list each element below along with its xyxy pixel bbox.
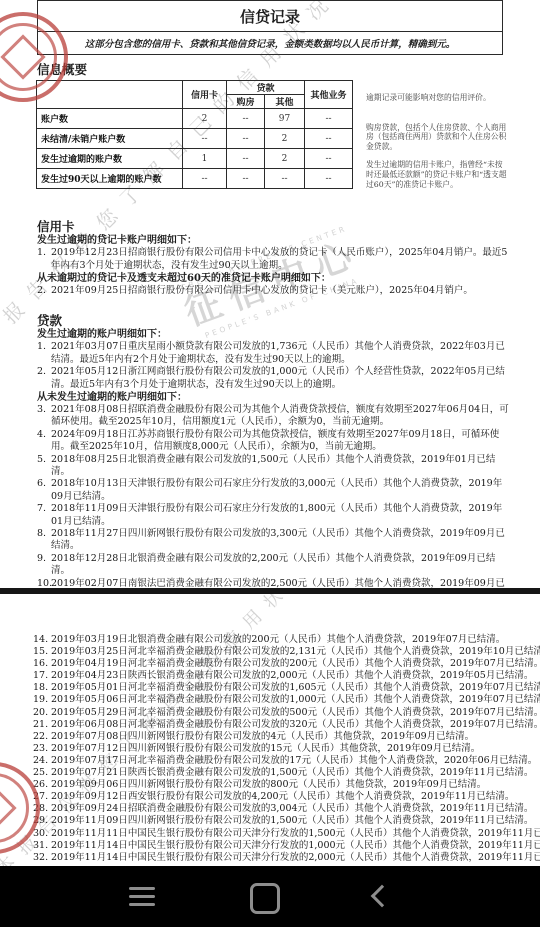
item-text: 2018年11月09日天津银行股份有限公司石家庄分行发放的1,800元（人民币）… xyxy=(51,503,510,528)
summary-cell: -- xyxy=(265,169,305,189)
item-number: 5. xyxy=(37,454,51,479)
summary-table-row: 账户数 2 -- 97 -- xyxy=(37,109,353,129)
summary-cell: -- xyxy=(305,149,353,169)
item-text: 2018年12月28日北银消费金融有限公司发放的2,200元（人民币）其他个人消… xyxy=(51,553,510,578)
item-number: 29. xyxy=(33,815,51,827)
item-text: 2019年11月09日四川新网银行股份有限公司发放的1,500元（人民币）其他个… xyxy=(51,815,540,827)
item-text: 2019年03月19日北银消费金融有限公司发放的200元（人民币）其他个人消费贷… xyxy=(51,634,540,646)
item-number: 30. xyxy=(33,828,51,840)
item-text: 2019年11月14日中国民生银行股份有限公司天津分行发放的1,000元（人民币… xyxy=(51,840,540,852)
summary-cell: -- xyxy=(305,169,353,189)
report-page-2: 本报告仅供您了解自己的信用状况使用 14. 2019年03月19日北银消费金融有… xyxy=(0,594,540,866)
summary-cell: 2 xyxy=(265,149,305,169)
summary-col-other-business: 其他业务 xyxy=(305,81,353,109)
summary-table-row: 未结清/未销户账户数 -- -- 2 -- xyxy=(37,129,353,149)
summary-col-loans: 贷款 xyxy=(227,81,305,95)
item-number: 19. xyxy=(33,694,51,706)
item-text: 2019年09月06日四川新网银行股份有限公司发放的800元（人民币）其他贷款，… xyxy=(51,779,540,791)
loan-item: 31. 2019年11月14日中国民生银行股份有限公司天津分行发放的1,000元… xyxy=(33,840,540,852)
loan-clean-subheading: 从未发生过逾期的账户明细如下： xyxy=(37,391,510,404)
loan-item: 14. 2019年03月19日北银消费金融有限公司发放的200元（人民币）其他个… xyxy=(33,634,540,646)
loan-item: 27. 2019年09月12日西安银行股份有限公司发放的4,200元（人民币）其… xyxy=(33,791,540,803)
item-number: 26. xyxy=(33,779,51,791)
loan-item: 21. 2019年06月08日河北幸福消费金融股份有限公司发放的320元（人民币… xyxy=(33,719,540,731)
item-text: 2019年07月17日河北幸福消费金融股份有限公司发放的17元（人民币）其他个人… xyxy=(51,755,540,767)
item-text: 2018年10月13日天津银行股份有限公司石家庄分行发放的3,000元（人民币）… xyxy=(51,478,510,503)
menu-bar xyxy=(129,887,155,890)
item-text: 2019年07月08日四川新网银行股份有限公司发放的4元（人民币）其他贷款，20… xyxy=(51,731,540,743)
item-number: 6. xyxy=(37,478,51,503)
summary-row-label: 发生过90天以上逾期的账户数 xyxy=(37,169,183,189)
summary-col-credit-card: 信用卡 xyxy=(183,81,227,109)
android-nav-bar xyxy=(0,866,540,927)
credit-card-item: 2. 2021年09月25日招商银行股份有限公司信用卡中心发放的贷记卡（美元账户… xyxy=(37,285,510,297)
credit-card-overdue-list: 1. 2019年12月23日招商银行股份有限公司信用卡中心发放的贷记卡（人民币账… xyxy=(37,247,510,272)
summary-table: 信用卡 贷款 其他业务 购房 其他 账户数 xyxy=(36,80,353,189)
loan-item: 32. 2019年11月14日中国民生银行股份有限公司天津分行发放的2,000元… xyxy=(33,852,540,864)
loan-item: 18. 2019年05月01日河北幸福消费金融股份有限公司发放的1,605元（人… xyxy=(33,682,540,694)
report-subtitle: 这部分包含您的信用卡、贷款和其他信贷记录，金额类数据均以人民币计算，精确到元。 xyxy=(38,32,502,54)
item-text: 2019年11月14日中国民生银行股份有限公司天津分行发放的2,000元（人民币… xyxy=(51,852,540,864)
loan-item: 15. 2019年03月25日河北幸福消费金融股份有限公司发放的2,131元（人… xyxy=(33,646,540,658)
item-number: 28. xyxy=(33,803,51,815)
summary-row-label: 未结清/未销户账户数 xyxy=(37,129,183,149)
loan-item: 23. 2019年07月12日四川新网银行股份有限公司发放的15元（人民币）其他… xyxy=(33,743,540,755)
item-number: 31. xyxy=(33,840,51,852)
loan-list-continued: 14. 2019年03月19日北银消费金融有限公司发放的200元（人民币）其他个… xyxy=(0,594,540,864)
item-text: 2018年08月25日北银消费金融有限公司发放的1,500元（人民币）其他个人消… xyxy=(51,454,510,479)
credit-card-section-heading: 信用卡 xyxy=(37,219,540,234)
loan-item: 22. 2019年07月08日四川新网银行股份有限公司发放的4元（人民币）其他贷… xyxy=(33,731,540,743)
item-number: 21. xyxy=(33,719,51,731)
item-number: 2. xyxy=(37,366,51,391)
home-icon[interactable] xyxy=(250,883,280,914)
item-text: 2019年05月29日河北幸福消费金融股份有限公司发放的500元（人民币）其他个… xyxy=(51,707,540,719)
note-house-loan: 购房贷款，包括个人住房贷款、个人商用房（包括商住两用）贷款和个人住房公积金贷款。 xyxy=(366,123,508,152)
item-number: 7. xyxy=(37,503,51,528)
summary-col-blank xyxy=(37,81,183,109)
loan-item: 7. 2018年11月09日天津银行股份有限公司石家庄分行发放的1,800元（人… xyxy=(37,503,510,528)
item-text: 2019年03月25日河北幸福消费金融股份有限公司发放的2,131元（人民币）其… xyxy=(51,646,540,658)
item-text: 2019年06月08日河北幸福消费金融股份有限公司发放的320元（人民币）其他个… xyxy=(51,719,540,731)
summary-section-heading: 信息概要 xyxy=(37,62,540,77)
item-number: 25. xyxy=(33,767,51,779)
item-text: 2024年09月18日江苏苏商银行股份有限公司为其他贷款授信，额度有效期至202… xyxy=(51,429,510,454)
item-number: 18. xyxy=(33,682,51,694)
menu-bar xyxy=(129,903,155,906)
phone-screen: 本报告仅供您了解自己的信用状况使用 CREDIT REFERENCE CENTE… xyxy=(0,0,540,927)
side-notes: 逾期记录可能影响对您的信用评价。 购房贷款，包括个人住房贷款、个人商用房（包括商… xyxy=(366,80,508,189)
item-number: 15. xyxy=(33,646,51,658)
item-number: 22. xyxy=(33,731,51,743)
loan-item: 24. 2019年07月17日河北幸福消费金融股份有限公司发放的17元（人民币）… xyxy=(33,755,540,767)
item-text: 2019年05月01日河北幸福消费金融股份有限公司发放的1,605元（人民币）其… xyxy=(51,682,540,694)
item-number: 17. xyxy=(33,670,51,682)
item-text: 2021年08月08日招联消费金融股份有限公司为其他个人消费贷款授信，额度有效期… xyxy=(51,404,510,429)
item-number: 8. xyxy=(37,528,51,553)
credit-card-item: 1. 2019年12月23日招商银行股份有限公司信用卡中心发放的贷记卡（人民币账… xyxy=(37,247,510,272)
summary-table-row: 发生过逾期的账户数 1 -- 2 -- xyxy=(37,149,353,169)
item-number: 24. xyxy=(33,755,51,767)
item-number: 1. xyxy=(37,247,51,272)
loan-item: 17. 2019年04月23日陕西长银消费金融有限公司发放的2,000元（人民币… xyxy=(33,670,540,682)
item-number: 14. xyxy=(33,634,51,646)
credit-card-overdue-subheading: 发生过逾期的贷记卡账户明细如下： xyxy=(37,234,510,247)
summary-cell: 1 xyxy=(183,149,227,169)
item-text: 2019年09月24日招联消费金融股份有限公司发放的3,004元（人民币）其他个… xyxy=(51,803,540,815)
item-text: 2021年03月07日重庆星雨小额贷款有限公司发放的1,736元（人民币）其他个… xyxy=(51,341,510,366)
loan-item: 8. 2018年11月27日四川新网银行股份有限公司发放的3,300元（人民币）… xyxy=(37,528,510,553)
credit-card-clean-list: 2. 2021年09月25日招商银行股份有限公司信用卡中心发放的贷记卡（美元账户… xyxy=(37,285,510,297)
summary-cell: -- xyxy=(183,169,227,189)
item-text: 2019年05月06日河北幸福消费金融股份有限公司发放的1,000元（人民币）其… xyxy=(51,694,540,706)
summary-cell: 2 xyxy=(265,129,305,149)
summary-cell: -- xyxy=(227,109,265,129)
loan-item: 10. 2019年02月07日南银法巴消费金融有限公司发放的2,500元（人民币… xyxy=(37,578,510,588)
item-text: 2019年12月23日招商银行股份有限公司信用卡中心发放的贷记卡（人民币账户），… xyxy=(51,247,510,272)
note-overdue: 逾期记录可能影响对您的信用评价。 xyxy=(366,93,508,103)
item-text: 2019年07月21日陕西长银消费金融有限公司发放的1,500元（人民币）其他个… xyxy=(51,767,540,779)
item-text: 2021年09月25日招商银行股份有限公司信用卡中心发放的贷记卡（美元账户），2… xyxy=(51,285,510,297)
loan-overdue-subheading: 发生过逾期的账户明细如下： xyxy=(37,328,510,341)
summary-cell: -- xyxy=(305,109,353,129)
note-credit-card: 发生过逾期的信用卡账户，指曾经“未按时还最低还款额”的贷记卡账户和“透支超过60… xyxy=(366,160,508,189)
item-number: 27. xyxy=(33,791,51,803)
report-title-box: 信贷记录 这部分包含您的信用卡、贷款和其他信贷记录，金额类数据均以人民币计算，精… xyxy=(37,0,503,55)
item-number: 23. xyxy=(33,743,51,755)
recents-menu-icon[interactable] xyxy=(129,887,155,906)
loan-clean-list: 3. 2021年08月08日招联消费金融股份有限公司为其他个人消费贷款授信，额度… xyxy=(37,404,510,588)
item-number: 4. xyxy=(37,429,51,454)
page-title: 信贷记录 xyxy=(38,1,502,32)
summary-cell: 97 xyxy=(265,109,305,129)
summary-cell: -- xyxy=(227,149,265,169)
menu-bar xyxy=(129,895,155,898)
loan-item: 29. 2019年11月09日四川新网银行股份有限公司发放的1,500元（人民币… xyxy=(33,815,540,827)
item-text: 2019年04月19日河北幸福消费金融股份有限公司发放的200元（人民币）其他个… xyxy=(51,658,540,670)
loan-item: 3. 2021年08月08日招联消费金融股份有限公司为其他个人消费贷款授信，额度… xyxy=(37,404,510,429)
summary-cell: -- xyxy=(227,169,265,189)
loan-item: 1. 2021年03月07日重庆星雨小额贷款有限公司发放的1,736元（人民币）… xyxy=(37,341,510,366)
summary-cell: 2 xyxy=(183,109,227,129)
summary-cell: -- xyxy=(183,129,227,149)
item-number: 3. xyxy=(37,404,51,429)
item-text: 2019年11月11日中国民生银行股份有限公司天津分行发放的1,500元（人民币… xyxy=(51,828,540,840)
credit-card-clean-subheading: 从未逾期过的贷记卡及透支未超过60天的准贷记卡账户明细如下： xyxy=(37,272,510,285)
loan-item: 26. 2019年09月06日四川新网银行股份有限公司发放的800元（人民币）其… xyxy=(33,779,540,791)
back-icon[interactable] xyxy=(371,885,394,908)
loan-item: 9. 2018年12月28日北银消费金融有限公司发放的2,200元（人民币）其他… xyxy=(37,553,510,578)
item-number: 2. xyxy=(37,285,51,297)
summary-table-row: 发生过90天以上逾期的账户数 -- -- -- -- xyxy=(37,169,353,189)
loan-item: 19. 2019年05月06日河北幸福消费金融股份有限公司发放的1,000元（人… xyxy=(33,694,540,706)
loan-overdue-list: 1. 2021年03月07日重庆星雨小额贷款有限公司发放的1,736元（人民币）… xyxy=(37,341,510,391)
loan-item: 4. 2024年09月18日江苏苏商银行股份有限公司为其他贷款授信，额度有效期至… xyxy=(37,429,510,454)
item-text: 2018年11月27日四川新网银行股份有限公司发放的3,300元（人民币）其他个… xyxy=(51,528,510,553)
loan-item: 6. 2018年10月13日天津银行股份有限公司石家庄分行发放的3,000元（人… xyxy=(37,478,510,503)
summary-row-label: 账户数 xyxy=(37,109,183,129)
loan-item: 5. 2018年08月25日北银消费金融有限公司发放的1,500元（人民币）其他… xyxy=(37,454,510,479)
loan-item: 2. 2021年05月12日浙江网商银行股份有限公司发放的1,000元（人民币）… xyxy=(37,366,510,391)
item-text: 2019年02月07日南银法巴消费金融有限公司发放的2,500元（人民币）其他个… xyxy=(51,578,510,588)
item-number: 16. xyxy=(33,658,51,670)
report-page-1: 本报告仅供您了解自己的信用状况使用 CREDIT REFERENCE CENTE… xyxy=(0,0,540,588)
item-text: 2021年05月12日浙江网商银行股份有限公司发放的1,000元（人民币）个人经… xyxy=(51,366,510,391)
item-number: 9. xyxy=(37,553,51,578)
item-text: 2019年09月12日西安银行股份有限公司发放的4,200元（人民币）其他个人消… xyxy=(51,791,540,803)
loan-item: 25. 2019年07月21日陕西长银消费金融有限公司发放的1,500元（人民币… xyxy=(33,767,540,779)
summary-block: 信用卡 贷款 其他业务 购房 其他 账户数 xyxy=(36,80,540,189)
item-number: 1. xyxy=(37,341,51,366)
summary-row-label: 发生过逾期的账户数 xyxy=(37,149,183,169)
loan-item: 30. 2019年11月11日中国民生银行股份有限公司天津分行发放的1,500元… xyxy=(33,828,540,840)
loan-item: 16. 2019年04月19日河北幸福消费金融股份有限公司发放的200元（人民币… xyxy=(33,658,540,670)
loan-item: 28. 2019年09月24日招联消费金融股份有限公司发放的3,004元（人民币… xyxy=(33,803,540,815)
summary-cell: -- xyxy=(305,129,353,149)
loan-item: 20. 2019年05月29日河北幸福消费金融股份有限公司发放的500元（人民币… xyxy=(33,707,540,719)
summary-col-house-loan: 购房 xyxy=(227,95,265,109)
item-number: 10. xyxy=(37,578,51,588)
summary-col-other-loan: 其他 xyxy=(265,95,305,109)
item-number: 20. xyxy=(33,707,51,719)
item-text: 2019年07月12日四川新网银行股份有限公司发放的15元（人民币）其他贷款，2… xyxy=(51,743,540,755)
item-number: 32. xyxy=(33,852,51,864)
loan-section-heading: 贷款 xyxy=(37,313,540,328)
item-text: 2019年04月23日陕西长银消费金融有限公司发放的2,000元（人民币）其他个… xyxy=(51,670,540,682)
summary-cell: -- xyxy=(227,129,265,149)
